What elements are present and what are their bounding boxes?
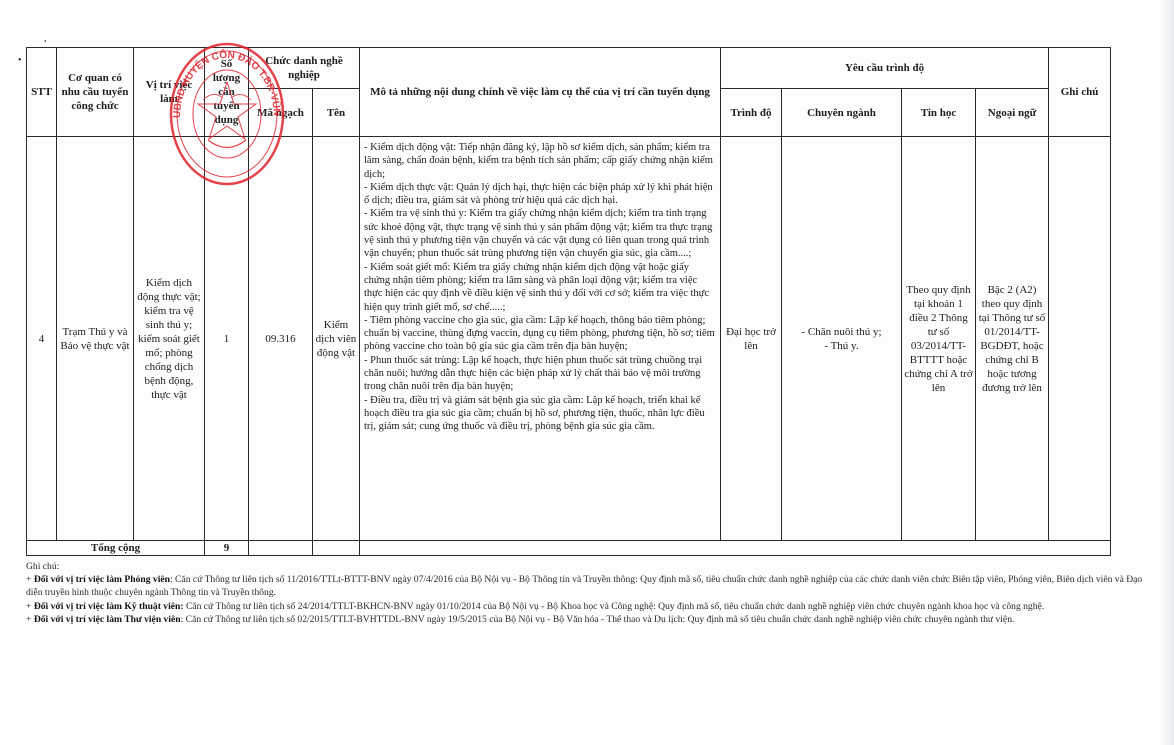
footnote-item: + Đối với vị trí việc làm Phóng viên: Că… <box>26 573 1146 599</box>
cell-stt: 4 <box>27 137 57 541</box>
cell-level: Đại học trở lên <box>721 137 782 541</box>
cell-agency: Trạm Thú y và Bảo vệ thực vật <box>57 137 134 541</box>
cell-name: Kiểm dịch viên động vật <box>313 137 360 541</box>
cell-it: Theo quy định tại khoản 1 điều 2 Thông t… <box>902 137 976 541</box>
header-code: Mã ngạch <box>249 89 313 137</box>
header-major: Chuyên ngành <box>782 89 902 137</box>
header-description: Mô tả những nội dung chính về việc làm c… <box>360 48 721 137</box>
table-row: 4 Trạm Thú y và Bảo vệ thực vật Kiểm dịc… <box>27 137 1111 541</box>
cell-language: Bậc 2 (A2) theo quy định tại Thông tư số… <box>976 137 1049 541</box>
description-item: - Kiểm dịch thực vật: Quản lý dịch hại, … <box>364 181 716 208</box>
recruitment-table: STT Cơ quan có nhu cầu tuyển công chức V… <box>26 47 1111 556</box>
header-notes: Ghi chú <box>1049 48 1111 137</box>
header-level: Trình độ <box>721 89 782 137</box>
major-item: - Thú y. <box>784 339 899 353</box>
header-quantity: Số lượng cần tuyển dụng <box>205 48 249 137</box>
total-row: Tổng cộng 9 <box>27 541 1111 556</box>
footnote-bold: Đối với vị trí việc làm Phóng viên <box>34 574 170 585</box>
description-item: - Kiểm soát giết mổ: Kiểm tra giấy chứng… <box>364 261 716 314</box>
description-item: - Kiểm tra vệ sinh thú y: Kiểm tra giấy … <box>364 207 716 260</box>
footnote-bold: Đối với vị trí việc làm Thư viện viên <box>34 614 181 625</box>
footnote-bold: Đối với vị trí việc làm Kỹ thuật viên: <box>34 601 184 612</box>
footnote-item: + Đối với vị trí việc làm Thư viện viên:… <box>26 613 1146 626</box>
total-label: Tổng cộng <box>27 541 205 556</box>
page-edge-shadow <box>1160 0 1174 745</box>
footnote-item: + Đối với vị trí việc làm Kỹ thuật viên:… <box>26 600 1146 613</box>
cell-major: - Chăn nuôi thú y; - Thú y. <box>782 137 902 541</box>
footnotes-heading: Ghi chú: <box>26 560 1146 573</box>
cell-position: Kiểm dịch động thực vật; kiểm tra vệ sin… <box>134 137 205 541</box>
description-item: - Tiêm phòng vaccine cho gia súc, gia cầ… <box>364 314 716 354</box>
cell-quantity: 1 <box>205 137 249 541</box>
header-agency: Cơ quan có nhu cầu tuyển công chức <box>57 48 134 137</box>
total-value: 9 <box>205 541 249 556</box>
header-position: Vị trí việc làm <box>134 48 205 137</box>
cell-notes <box>1049 137 1111 541</box>
header-title-group: Chức danh nghề nghiệp <box>249 48 360 89</box>
cell-code: 09.316 <box>249 137 313 541</box>
cell-description: - Kiểm dịch động vật: Tiếp nhận đăng ký,… <box>360 137 721 541</box>
description-item: - Kiểm dịch động vật: Tiếp nhận đăng ký,… <box>364 141 716 181</box>
major-item: - Chăn nuôi thú y; <box>784 325 899 339</box>
description-item: - Điều tra, điều trị và giám sát bệnh gi… <box>364 394 716 434</box>
header-stt: STT <box>27 48 57 137</box>
scan-speck: • <box>18 55 22 66</box>
description-item: - Phun thuốc sát trùng: Lập kế hoạch, th… <box>364 354 716 394</box>
header-it: Tin học <box>902 89 976 137</box>
scan-speck: , <box>44 33 47 44</box>
header-name: Tên <box>313 89 360 137</box>
header-requirements-group: Yêu cầu trình độ <box>721 48 1049 89</box>
header-language: Ngoại ngữ <box>976 89 1049 137</box>
footnotes: Ghi chú: + Đối với vị trí việc làm Phóng… <box>26 560 1146 626</box>
